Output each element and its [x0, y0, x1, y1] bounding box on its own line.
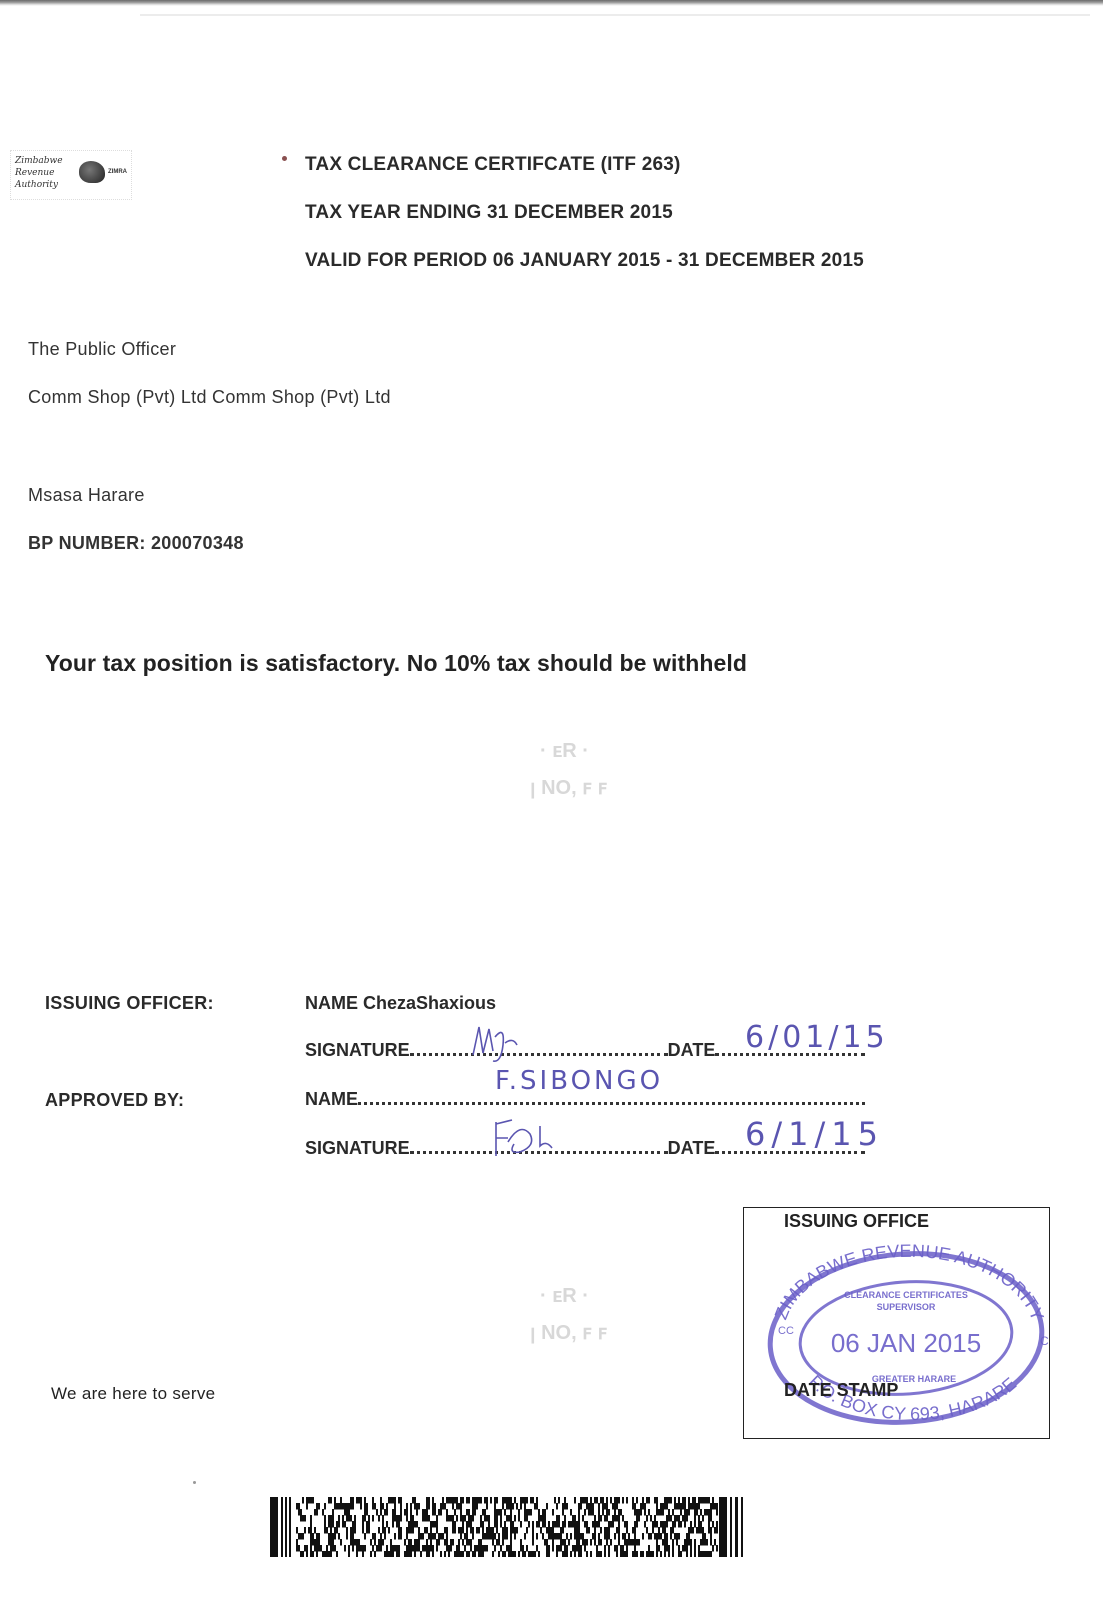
logo-line-1: Zimbabwe: [15, 155, 63, 167]
issuing-officer-signature: [465, 1015, 535, 1065]
scan-edge: [0, 0, 1103, 6]
faint-bleedthrough: ꞁ NO, ꜰ ꜰ: [530, 1320, 607, 1345]
signature-line: [410, 1053, 668, 1056]
speck: [282, 156, 287, 161]
date-stamp-label: DATE STAMP: [784, 1380, 898, 1401]
approved-by-signature: [490, 1112, 580, 1162]
logo-line-2: Revenue: [15, 167, 63, 179]
issuing-officer-name: ChezaShaxious: [363, 993, 496, 1014]
stamp-date: 06 JAN 2015: [831, 1328, 981, 1358]
bp-number: BP NUMBER: 200070348: [28, 533, 244, 554]
stamp-left-mark: CC: [778, 1325, 794, 1337]
issuing-officer-handwritten-date: 6/01/15: [745, 1020, 889, 1055]
zimra-logo: Zimbabwe Revenue Authority ZIMRA: [10, 150, 132, 200]
addressee-title: The Public Officer: [28, 339, 176, 360]
signature-label: SIGNATURE: [305, 1040, 410, 1061]
date-label: DATE: [668, 1138, 716, 1159]
stamp-line-2: SUPERVISOR: [877, 1302, 936, 1312]
approved-by-handwritten-date: 6/1/15: [745, 1115, 884, 1153]
date-label: DATE: [668, 1040, 716, 1061]
issuing-officer-name-row: NAME ChezaShaxious: [305, 993, 496, 1014]
approved-by-label: APPROVED BY:: [45, 1090, 184, 1111]
faint-bleedthrough: · ᴇR ·: [540, 740, 589, 763]
tax-year: TAX YEAR ENDING 31 DECEMBER 2015: [305, 202, 673, 224]
certificate-title: TAX CLEARANCE CERTIFCATE (ITF 263): [305, 154, 681, 176]
logo-abbreviation: ZIMRA: [108, 169, 127, 175]
speck: [193, 1481, 196, 1484]
scan-edge-shadow: [140, 14, 1090, 16]
faint-bleedthrough: ꞁ NO, ꜰ ꜰ: [530, 775, 607, 800]
zimra-emblem-icon: [79, 161, 105, 183]
company-name: Comm Shop (Pvt) Ltd Comm Shop (Pvt) Ltd: [28, 387, 391, 408]
signature-label: SIGNATURE: [305, 1138, 410, 1159]
company-location: Msasa Harare: [28, 485, 145, 506]
faint-bleedthrough: · ᴇR ·: [540, 1285, 589, 1308]
stamp-right-mark: CC: [1040, 1334, 1049, 1348]
motto: We are here to serve: [51, 1384, 215, 1404]
pdf417-barcode-icon: [270, 1497, 745, 1557]
issuing-officer-label: ISSUING OFFICER:: [45, 993, 214, 1014]
issuing-office-box: ISSUING OFFICE ZIMBABWE REVENUE AUTHORIT…: [743, 1207, 1050, 1439]
name-label: NAME: [305, 993, 358, 1014]
logo-line-3: Authority: [15, 179, 63, 191]
approved-by-handwritten-name: F.SIBONGO: [495, 1066, 663, 1096]
validity-period: VALID FOR PERIOD 06 JANUARY 2015 - 31 DE…: [305, 250, 864, 272]
issuing-office-title: ISSUING OFFICE: [784, 1211, 929, 1232]
name-line: [358, 1102, 865, 1105]
tax-position-statement: Your tax position is satisfactory. No 10…: [45, 650, 747, 677]
stamp-line-1: CLEARANCE CERTIFICATES: [844, 1290, 968, 1300]
name-label: NAME: [305, 1089, 358, 1110]
logo-text: Zimbabwe Revenue Authority: [15, 155, 63, 191]
